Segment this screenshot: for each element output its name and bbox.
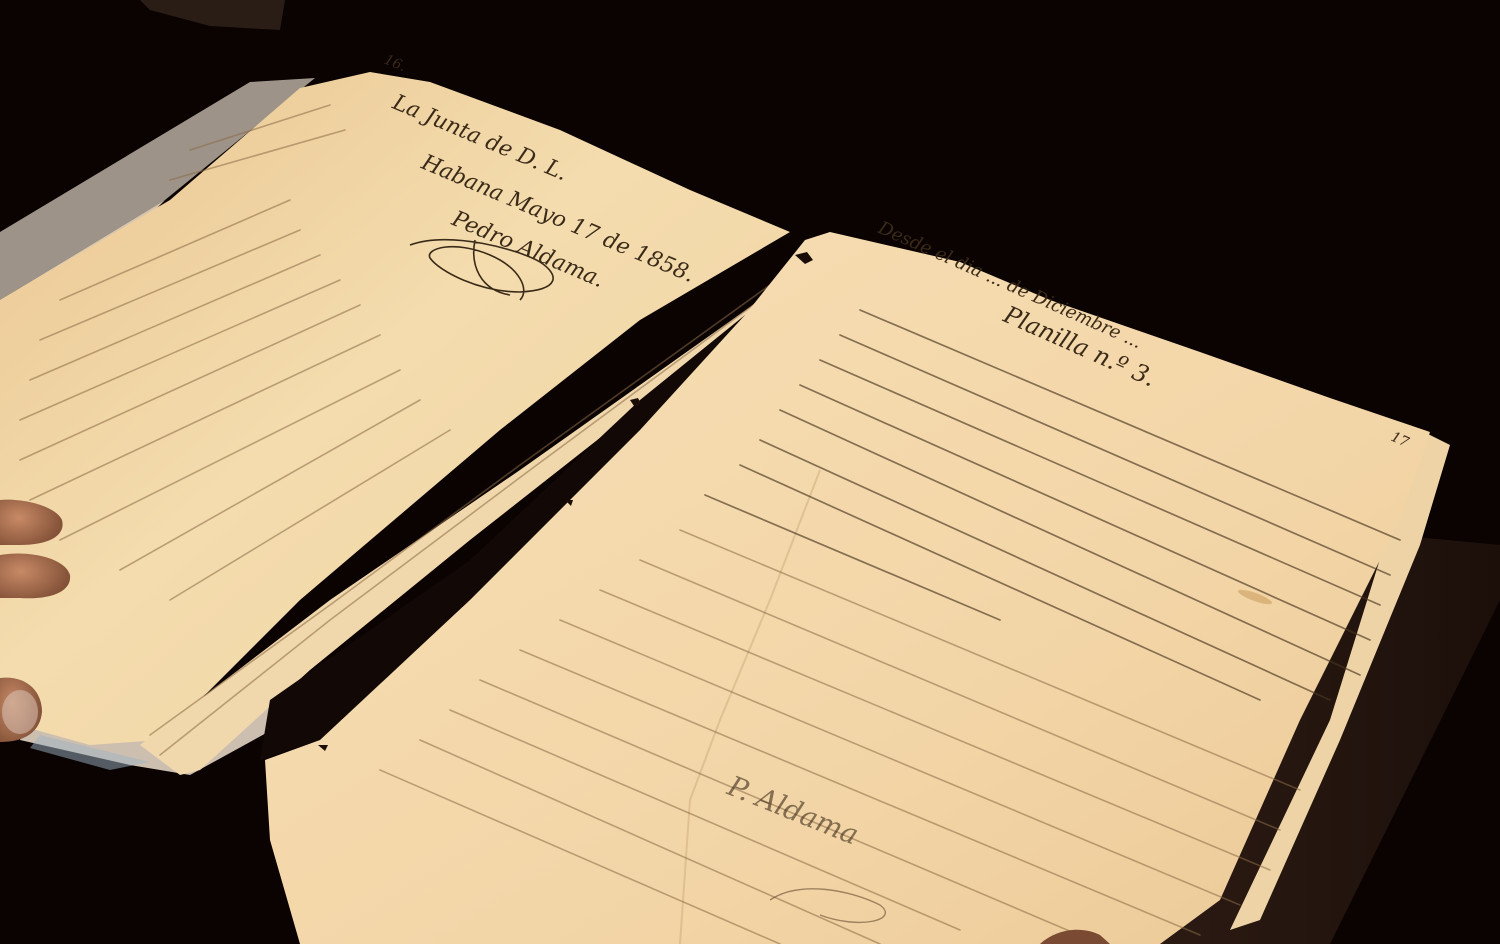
photo-canvas: 16. La Junta de D. L. Habana Mayo 17 de …: [0, 0, 1500, 944]
manuscript-photo: 16. La Junta de D. L. Habana Mayo 17 de …: [0, 0, 1500, 944]
binder-edge: [140, 0, 285, 30]
left-folio-number: 16.: [382, 52, 409, 75]
